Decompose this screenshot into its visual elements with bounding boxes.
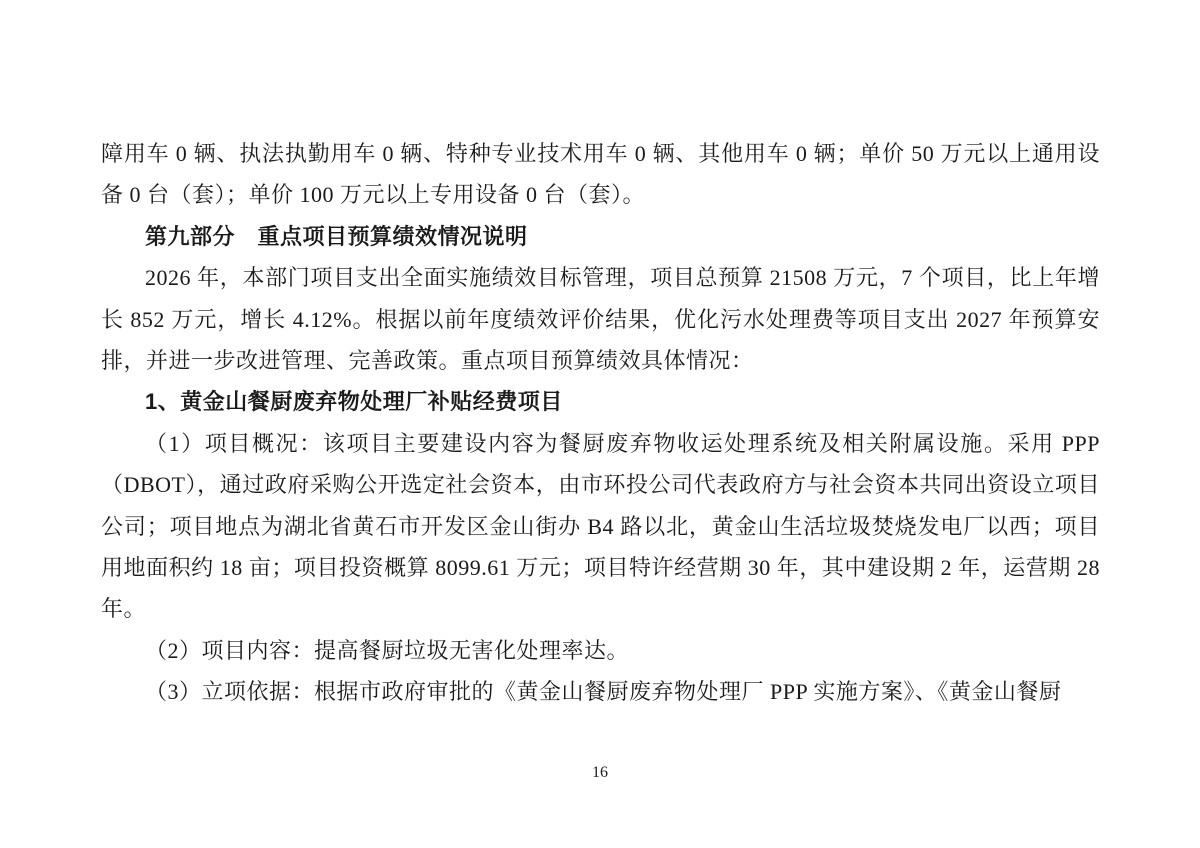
section-heading: 第九部分 重点项目预算绩效情况说明 <box>101 216 1100 257</box>
paragraph-overview: 2026 年，本部门项目支出全面实施绩效目标管理，项目总预算 21508 万元，… <box>101 257 1100 381</box>
page-content: 障用车 0 辆、执法执勤用车 0 辆、特种专业技术用车 0 辆、其他用车 0 辆… <box>101 133 1100 713</box>
document-page: 障用车 0 辆、执法执勤用车 0 辆、特种专业技术用车 0 辆、其他用车 0 辆… <box>0 0 1200 848</box>
paragraph-project-profile: （1）项目概况：该项目主要建设内容为餐厨废弃物收运处理系统及相关附属设施。采用 … <box>101 423 1100 630</box>
page-footer: 16 <box>0 764 1200 782</box>
project-subheading: 1、黄金山餐厨废弃物处理厂补贴经费项目 <box>101 381 1100 422</box>
page-number: 16 <box>592 764 608 781</box>
paragraph-project-content: （2）项目内容：提高餐厨垃圾无害化处理率达。 <box>101 630 1100 671</box>
paragraph-project-basis: （3）立项依据：根据市政府审批的《黄金山餐厨废弃物处理厂 PPP 实施方案》、《… <box>101 671 1100 712</box>
paragraph-carryover: 障用车 0 辆、执法执勤用车 0 辆、特种专业技术用车 0 辆、其他用车 0 辆… <box>101 133 1100 216</box>
